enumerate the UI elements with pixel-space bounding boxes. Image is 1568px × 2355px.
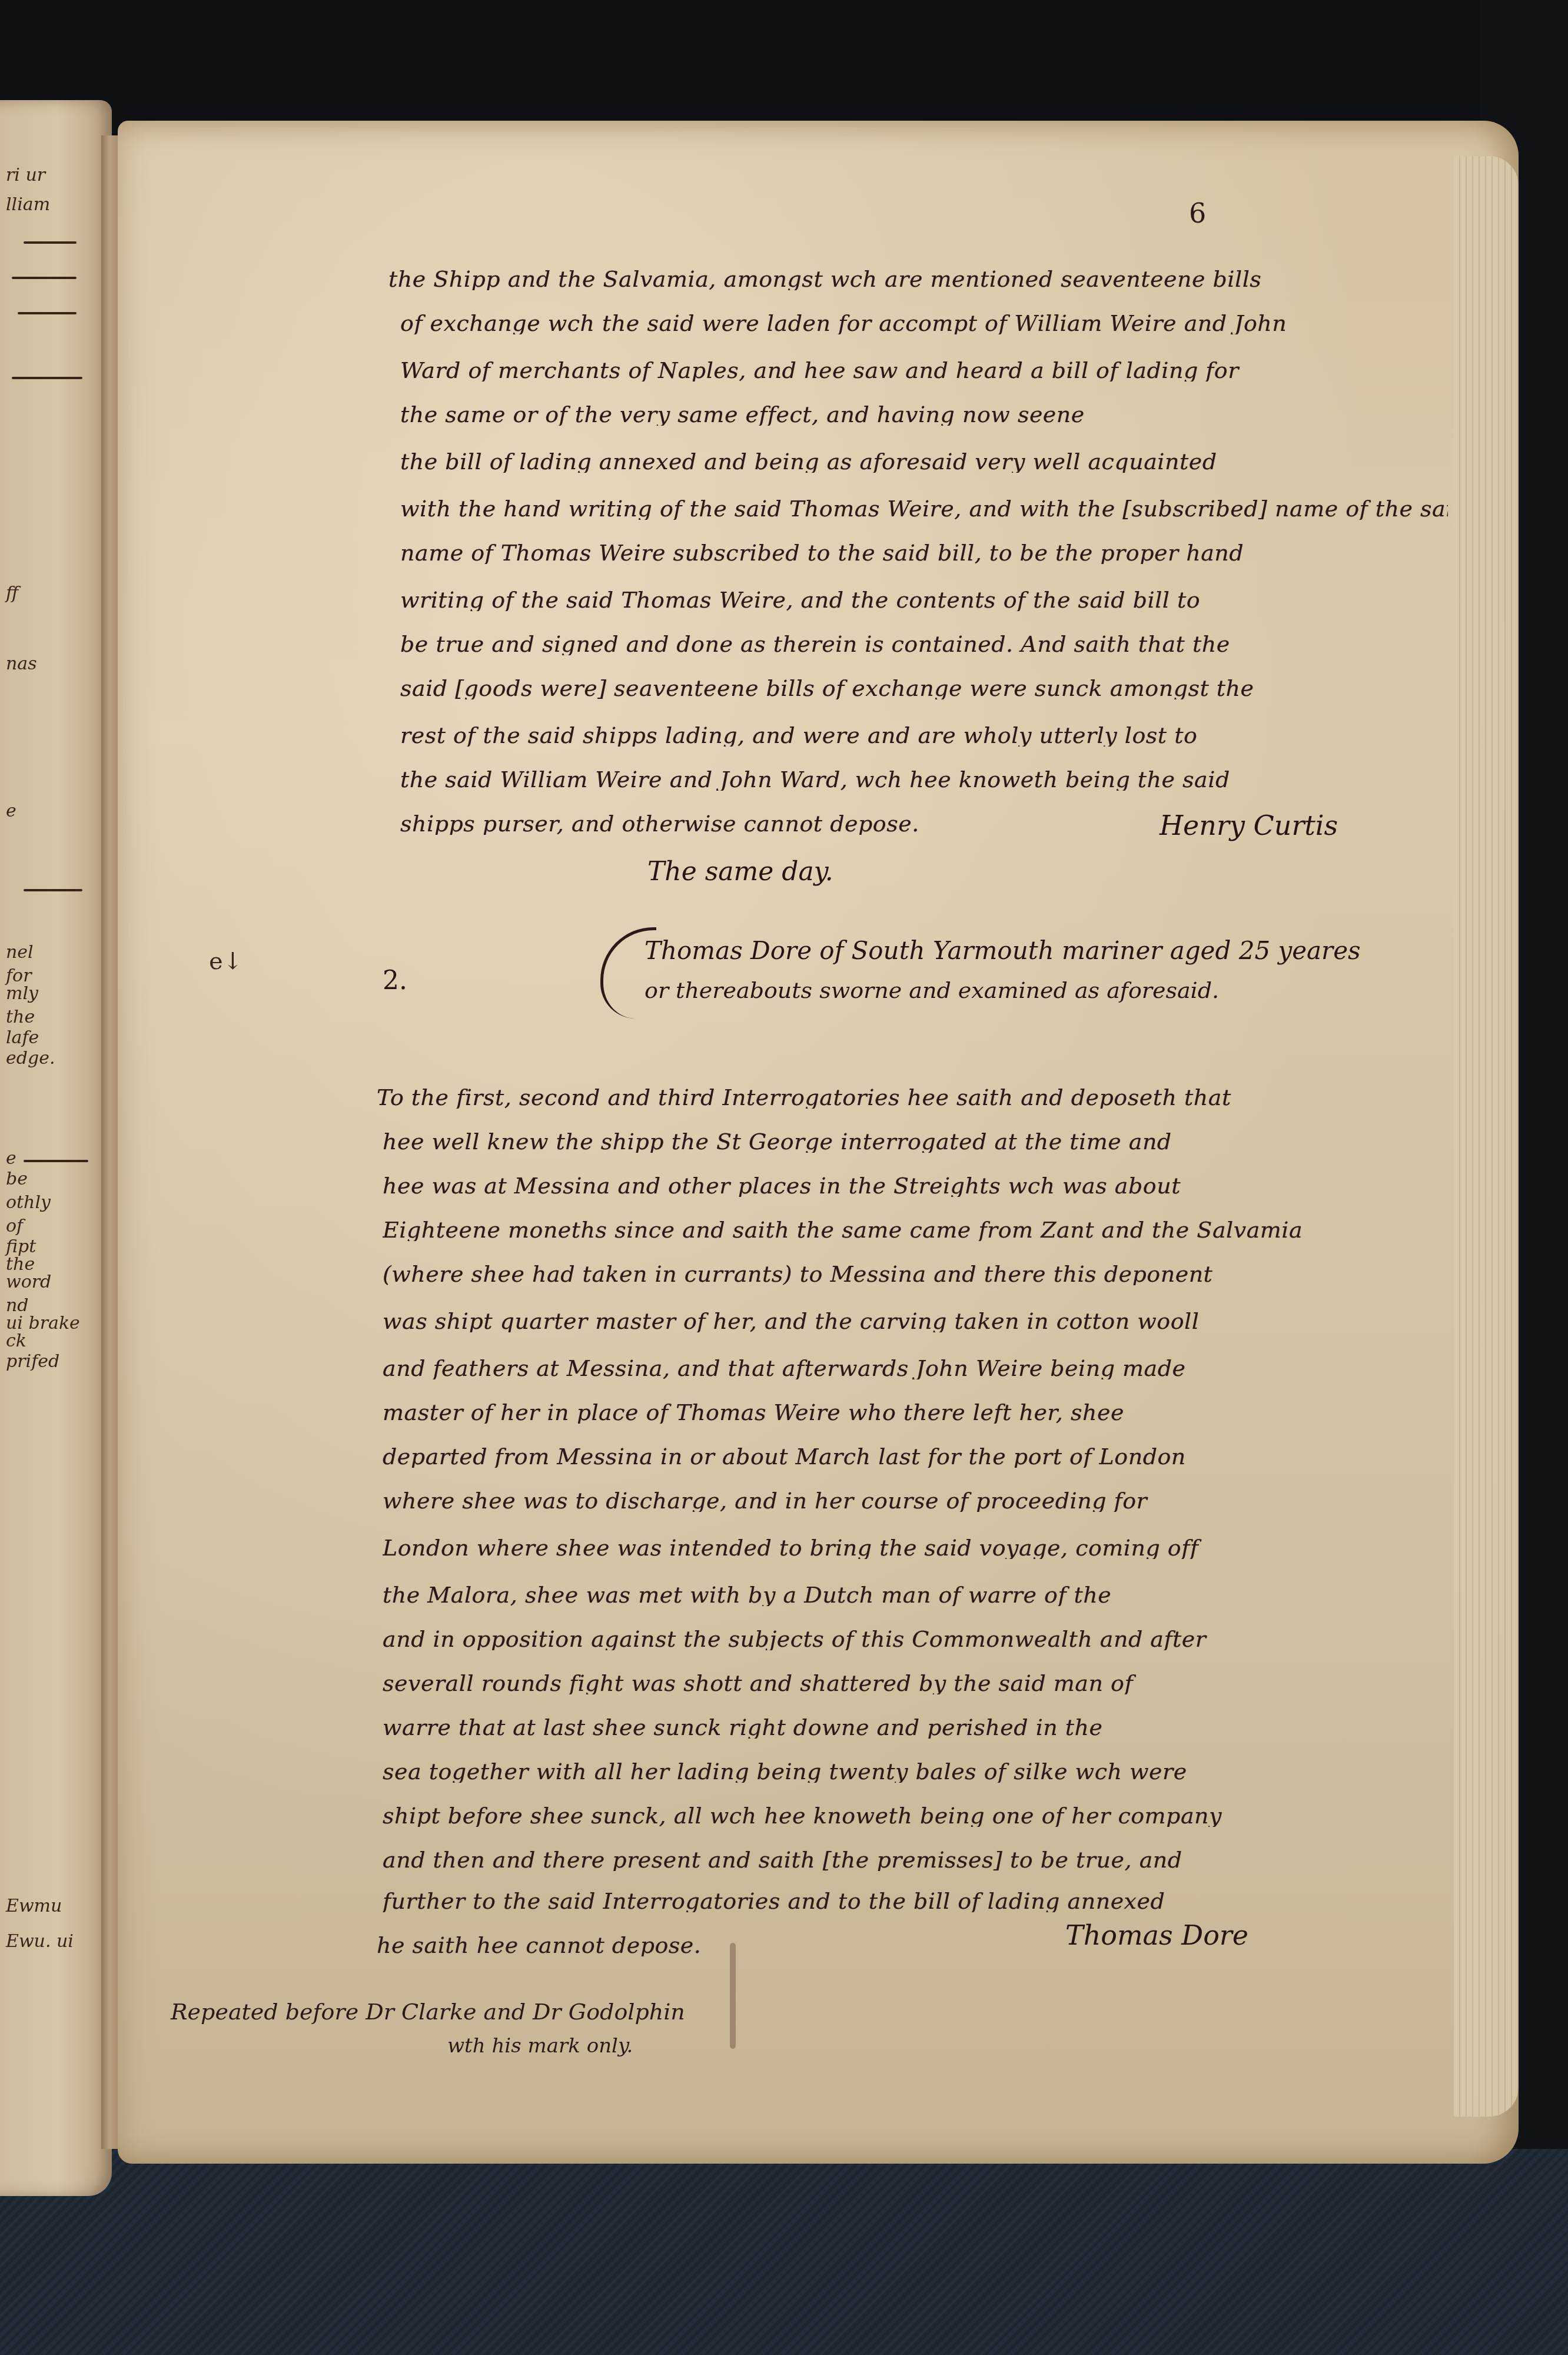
text-line: warre that at last shee sunck right down… [383,1716,1430,1739]
left-page-fragment: be [6,1169,28,1189]
text-line: the said William Weire and John Ward, wc… [400,768,1448,791]
text-line: further to the said Interrogatories and … [383,1890,1430,1912]
text-line: where shee was to discharge, and in her … [383,1490,1430,1512]
text-line: said [goods were] seaventeene bills of e… [400,677,1448,699]
left-page-fragment: Ewu. ui [6,1931,74,1952]
line-filler-dash [12,277,77,279]
text-line: shipt before shee sunck, all wch hee kno… [383,1805,1430,1827]
text-line: To the first, second and third Interroga… [377,1086,1424,1109]
left-page-fragment: Ewmu [6,1896,62,1916]
text-line: hee was at Messina and other places in t… [383,1175,1430,1197]
text-line: the Malora, shee was met with by a Dutch… [383,1584,1430,1606]
text-line: writing of the said Thomas Weire, and th… [400,589,1448,611]
deponent-number: 2. [383,966,407,996]
left-page-fragment: of [6,1216,23,1236]
line-filler-dash [24,889,82,891]
line-filler-dash [24,1160,88,1162]
text-line: name of Thomas Weire subscribed to the s… [400,542,1448,564]
left-page-fragment: othly [6,1192,51,1213]
line-filler-dash [18,312,77,314]
signature-thomas-dore: Thomas Dore [1065,1919,1248,1951]
text-line: departed from Messina in or about March … [383,1445,1430,1468]
left-page-fragment: ck [6,1331,26,1351]
left-page-fragment: ri ur [6,165,45,185]
text-line: Eighteene moneths since and saith the sa… [383,1219,1430,1241]
left-page-fragment: word [6,1272,51,1292]
left-facing-page: ri ur lliam ff nas e nel for mly the laf… [0,100,112,2196]
text-line: London where shee was intended to bring … [383,1537,1430,1559]
text-line: rest of the said shipps lading, and were… [400,724,1448,747]
signature-henry-curtis: Henry Curtis [1160,810,1338,841]
left-page-fragment: prifed [6,1351,59,1372]
text-line: the Shipp and the Salvamia, amongst wch … [388,268,1436,290]
deponent-name-line: Thomas Dore of South Yarmouth mariner ag… [645,936,1361,965]
margin-mark: e↓ [209,948,242,975]
left-page-fragment: e [6,801,16,821]
photo-backdrop-bottom [0,2149,1568,2355]
left-page-fragment: nas [6,654,37,674]
left-page-fragment: edge. [6,1048,55,1069]
text-line: severall rounds fight was shott and shat… [383,1672,1430,1694]
left-page-fragment: mly [6,983,38,1004]
text-line: sea together with all her lading being t… [383,1760,1430,1783]
text-line: was shipt quarter master of her, and the… [383,1310,1430,1332]
day-heading: The same day. [647,857,833,887]
text-line: and in opposition against the subjects o… [383,1628,1430,1650]
text-line: hee well knew the shipp the St George in… [383,1130,1430,1153]
text-line: the same or of the very same effect, and… [400,403,1448,426]
text-line: (where shee had taken in currants) to Me… [383,1263,1430,1285]
text-line: master of her in place of Thomas Weire w… [383,1401,1430,1424]
deponent-sworn-line: or thereabouts sworne and examined as af… [645,977,1219,1003]
text-line: he saith hee cannot depose. [377,1934,848,1956]
text-line: be true and signed and done as therein i… [400,633,1448,655]
text-line: the bill of lading annexed and being as … [400,450,1448,473]
text-line: shipps purser, and otherwise cannot depo… [400,812,1048,835]
left-page-fragment: nel [6,942,34,963]
left-page-fragment: lafe [6,1027,39,1048]
left-page-fragment: the [6,1007,35,1027]
line-filler-dash [12,377,82,379]
text-line: of exchange wch the said were laden for … [400,312,1448,334]
text-line: and then and there present and saith [th… [383,1849,1430,1871]
ink-stain [730,1943,736,2049]
left-page-fragment: lliam [6,194,50,215]
text-line: and feathers at Messina, and that afterw… [383,1357,1430,1379]
mark-only-note: wth his mark only. [447,2034,633,2058]
left-page-fragment: e [6,1148,16,1169]
text-line: Ward of merchants of Naples, and hee saw… [400,359,1448,382]
left-page-fragment: ff [6,583,18,603]
line-filler-dash [24,241,77,244]
text-line: with the hand writing of the said Thomas… [400,497,1448,520]
folio-number: 6 [1189,197,1206,229]
repeated-before-note: Repeated before Dr Clarke and Dr Godolph… [171,1999,685,2025]
